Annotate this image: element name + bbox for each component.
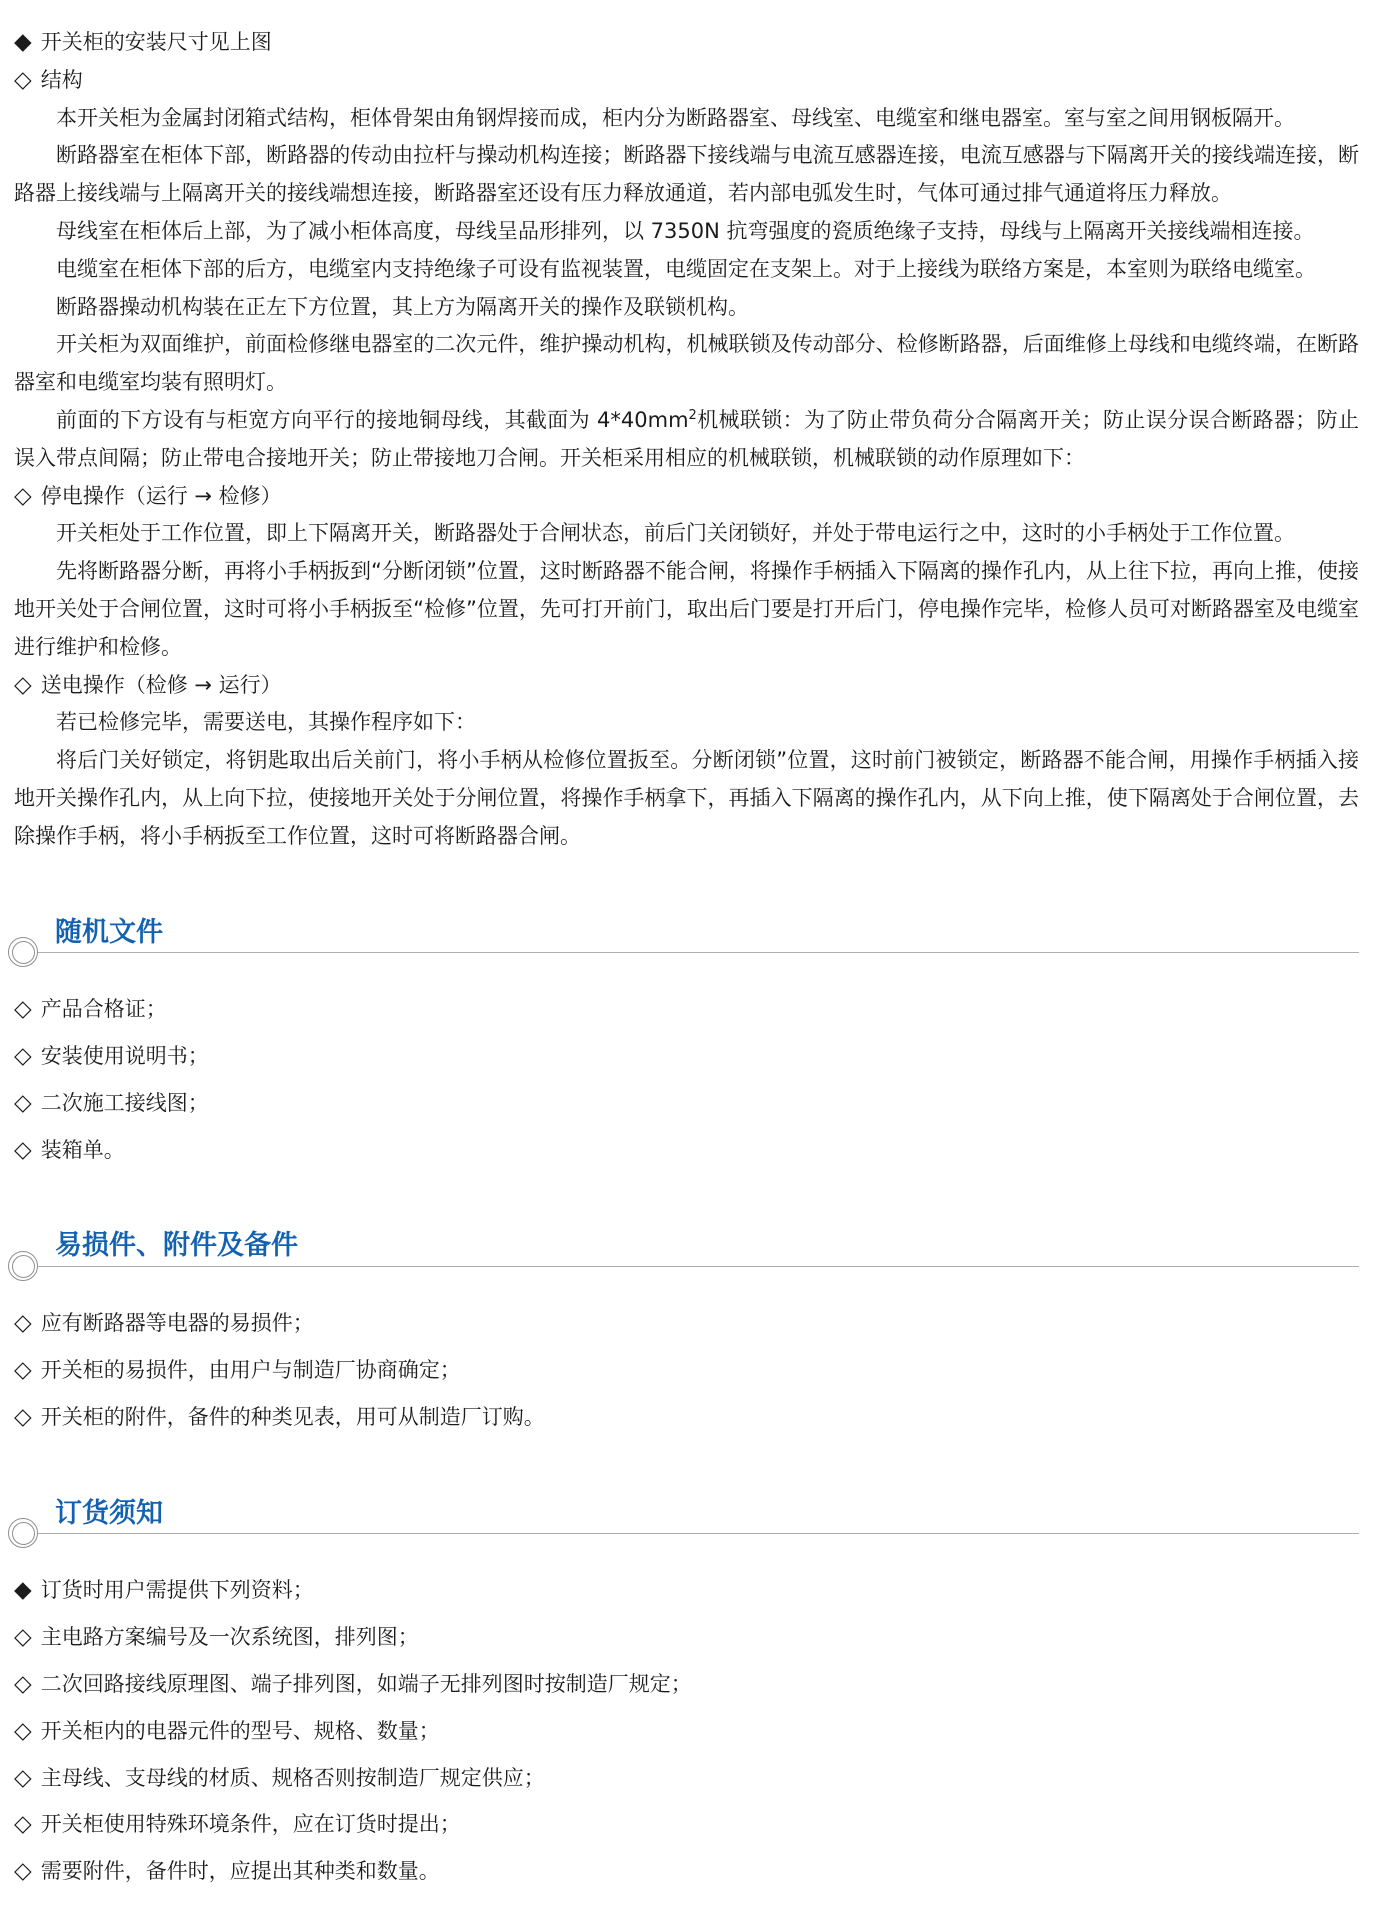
diamond-hollow-bullet-icon: ◇ bbox=[14, 1806, 32, 1843]
paragraph: 本开关柜为金属封闭箱式结构，柜体骨架由角钢焊接而成，柜内分为断路器室、母线室、电… bbox=[14, 100, 1359, 138]
paragraph: 断路器室在柜体下部，断路器的传动由拉杆与操动机构连接；断路器下接线端与电流互感器… bbox=[14, 137, 1359, 213]
superscript: 2 bbox=[689, 408, 697, 423]
section-accompanying-documents: 随机文件 ◇ 产品合格证； ◇ 安装使用说明书； ◇ 二次施工接线图； ◇ 装箱… bbox=[14, 916, 1359, 1170]
section-marker-circle-icon bbox=[8, 1251, 38, 1281]
diamond-hollow-bullet-icon: ◇ bbox=[14, 1713, 32, 1750]
diamond-hollow-bullet-icon: ◇ bbox=[14, 1666, 32, 1703]
diamond-hollow-bullet-icon: ◇ bbox=[14, 991, 32, 1028]
diamond-solid-bullet-icon: ◆ bbox=[14, 1572, 32, 1609]
list-item: ◆ 订货时用户需提供下列资料； bbox=[14, 1572, 1359, 1610]
section-wearing-parts-accessories: 易损件、附件及备件 ◇ 应有断路器等电器的易损件； ◇ 开关柜的易损件，由用户与… bbox=[14, 1229, 1359, 1436]
list-item-text: 送电操作（检修 → 运行） bbox=[41, 667, 1359, 705]
section-divider bbox=[14, 1518, 1359, 1548]
list-item: ◇ 主母线、支母线的材质、规格否则按制造厂规定供应； bbox=[14, 1760, 1359, 1798]
list-item-text: 产品合格证； bbox=[41, 991, 1359, 1029]
list-item-text: 停电操作（运行 → 检修） bbox=[41, 478, 1359, 516]
list-item-text: 主电路方案编号及一次系统图，排列图； bbox=[41, 1619, 1359, 1657]
paragraph: 若已检修完毕，需要送电，其操作程序如下： bbox=[14, 704, 1359, 742]
list-item: ◇ 二次回路接线原理图、端子排列图，如端子无排列图时按制造厂规定； bbox=[14, 1666, 1359, 1704]
list-item: ◇ 送电操作（检修 → 运行） bbox=[14, 667, 1359, 705]
list-item: ◇ 产品合格证； bbox=[14, 991, 1359, 1029]
section-ordering-notes: 订货须知 ◆ 订货时用户需提供下列资料； ◇ 主电路方案编号及一次系统图，排列图… bbox=[14, 1497, 1359, 1891]
paragraph: 母线室在柜体后上部，为了减小柜体高度，母线呈品形排列，以 7350N 抗弯强度的… bbox=[14, 213, 1359, 251]
section-list: ◇ 应有断路器等电器的易损件； ◇ 开关柜的易损件，由用户与制造厂协商确定； ◇… bbox=[14, 1305, 1359, 1436]
list-item: ◇ 开关柜的附件，备件的种类见表，用可从制造厂订购。 bbox=[14, 1399, 1359, 1437]
paragraph: 开关柜为双面维护，前面检修继电器室的二次元件，维护操动机构，机械联锁及传动部分、… bbox=[14, 326, 1359, 402]
list-item-text: 应有断路器等电器的易损件； bbox=[41, 1305, 1359, 1343]
document-page: ◆ 开关柜的安装尺寸见上图 ◇ 结构 本开关柜为金属封闭箱式结构，柜体骨架由角钢… bbox=[0, 0, 1373, 1930]
diamond-hollow-bullet-icon: ◇ bbox=[14, 1352, 32, 1389]
diamond-hollow-bullet-icon: ◇ bbox=[14, 1305, 32, 1342]
diamond-solid-bullet-icon: ◆ bbox=[14, 24, 32, 61]
list-item-text: 装箱单。 bbox=[41, 1132, 1359, 1170]
list-item-text: 安装使用说明书； bbox=[41, 1038, 1359, 1076]
list-item: ◇ 应有断路器等电器的易损件； bbox=[14, 1305, 1359, 1343]
list-item: ◇ 开关柜内的电器元件的型号、规格、数量； bbox=[14, 1713, 1359, 1751]
diamond-hollow-bullet-icon: ◇ bbox=[14, 1853, 32, 1890]
list-item: ◇ 开关柜使用特殊环境条件，应在订货时提出； bbox=[14, 1806, 1359, 1844]
list-item-text: 二次施工接线图； bbox=[41, 1085, 1359, 1123]
diamond-hollow-bullet-icon: ◇ bbox=[14, 62, 32, 99]
list-item: ◆ 开关柜的安装尺寸见上图 bbox=[14, 24, 1359, 62]
diamond-hollow-bullet-icon: ◇ bbox=[14, 1038, 32, 1075]
paragraph: 先将断路器分断，再将小手柄扳到“分断闭锁”位置，这时断路器不能合闸，将操作手柄插… bbox=[14, 553, 1359, 666]
list-item-text: 开关柜使用特殊环境条件，应在订货时提出； bbox=[41, 1806, 1359, 1844]
diamond-hollow-bullet-icon: ◇ bbox=[14, 1085, 32, 1122]
section-divider-line bbox=[38, 1266, 1359, 1267]
section-marker-circle-icon bbox=[8, 937, 38, 967]
paragraph: 开关柜处于工作位置，即上下隔离开关，断路器处于合闸状态，前后门关闭锁好，并处于带… bbox=[14, 515, 1359, 553]
list-item-text: 开关柜的附件，备件的种类见表，用可从制造厂订购。 bbox=[41, 1399, 1359, 1437]
list-item: ◇ 安装使用说明书； bbox=[14, 1038, 1359, 1076]
list-item: ◇ 停电操作（运行 → 检修） bbox=[14, 478, 1359, 516]
diamond-hollow-bullet-icon: ◇ bbox=[14, 1399, 32, 1436]
section-marker-circle-icon bbox=[8, 1518, 38, 1548]
diamond-hollow-bullet-icon: ◇ bbox=[14, 1760, 32, 1797]
paragraph: 前面的下方设有与柜宽方向平行的接地铜母线，其截面为 4*40mm2机械联锁：为了… bbox=[14, 402, 1359, 478]
list-item-text: 开关柜的安装尺寸见上图 bbox=[41, 24, 1359, 62]
list-item-text: 订货时用户需提供下列资料； bbox=[41, 1572, 1359, 1610]
list-item: ◇ 主电路方案编号及一次系统图，排列图； bbox=[14, 1619, 1359, 1657]
section-list: ◇ 产品合格证； ◇ 安装使用说明书； ◇ 二次施工接线图； ◇ 装箱单。 bbox=[14, 991, 1359, 1169]
diamond-hollow-bullet-icon: ◇ bbox=[14, 1619, 32, 1656]
paragraph: 将后门关好锁定，将钥匙取出后关前门，将小手柄从检修位置扳至。分断闭锁”位置，这时… bbox=[14, 742, 1359, 855]
section-divider bbox=[14, 937, 1359, 967]
paragraph: 电缆室在柜体下部的后方，电缆室内支持绝缘子可设有监视装置，电缆固定在支架上。对于… bbox=[14, 251, 1359, 289]
diamond-hollow-bullet-icon: ◇ bbox=[14, 667, 32, 704]
intro-section: ◆ 开关柜的安装尺寸见上图 ◇ 结构 本开关柜为金属封闭箱式结构，柜体骨架由角钢… bbox=[14, 24, 1359, 856]
diamond-hollow-bullet-icon: ◇ bbox=[14, 478, 32, 515]
list-item: ◇ 开关柜的易损件，由用户与制造厂协商确定； bbox=[14, 1352, 1359, 1390]
list-item-text: 开关柜的易损件，由用户与制造厂协商确定； bbox=[41, 1352, 1359, 1390]
list-item: ◇ 装箱单。 bbox=[14, 1132, 1359, 1170]
paragraph-text: 前面的下方设有与柜宽方向平行的接地铜母线，其截面为 4*40mm bbox=[56, 408, 689, 432]
list-item-text: 二次回路接线原理图、端子排列图，如端子无排列图时按制造厂规定； bbox=[41, 1666, 1359, 1704]
section-divider-line bbox=[38, 952, 1359, 953]
list-item-text: 开关柜内的电器元件的型号、规格、数量； bbox=[41, 1713, 1359, 1751]
section-divider-line bbox=[38, 1533, 1359, 1534]
paragraph: 断路器操动机构装在正左下方位置，其上方为隔离开关的操作及联锁机构。 bbox=[14, 289, 1359, 327]
list-item-text: 需要附件，备件时，应提出其种类和数量。 bbox=[41, 1853, 1359, 1891]
diamond-hollow-bullet-icon: ◇ bbox=[14, 1132, 32, 1169]
list-item: ◇ 二次施工接线图； bbox=[14, 1085, 1359, 1123]
list-item-text: 主母线、支母线的材质、规格否则按制造厂规定供应； bbox=[41, 1760, 1359, 1798]
section-list: ◆ 订货时用户需提供下列资料； ◇ 主电路方案编号及一次系统图，排列图； ◇ 二… bbox=[14, 1572, 1359, 1891]
list-item: ◇ 结构 bbox=[14, 62, 1359, 100]
list-item-text: 结构 bbox=[41, 62, 1359, 100]
list-item: ◇ 需要附件，备件时，应提出其种类和数量。 bbox=[14, 1853, 1359, 1891]
